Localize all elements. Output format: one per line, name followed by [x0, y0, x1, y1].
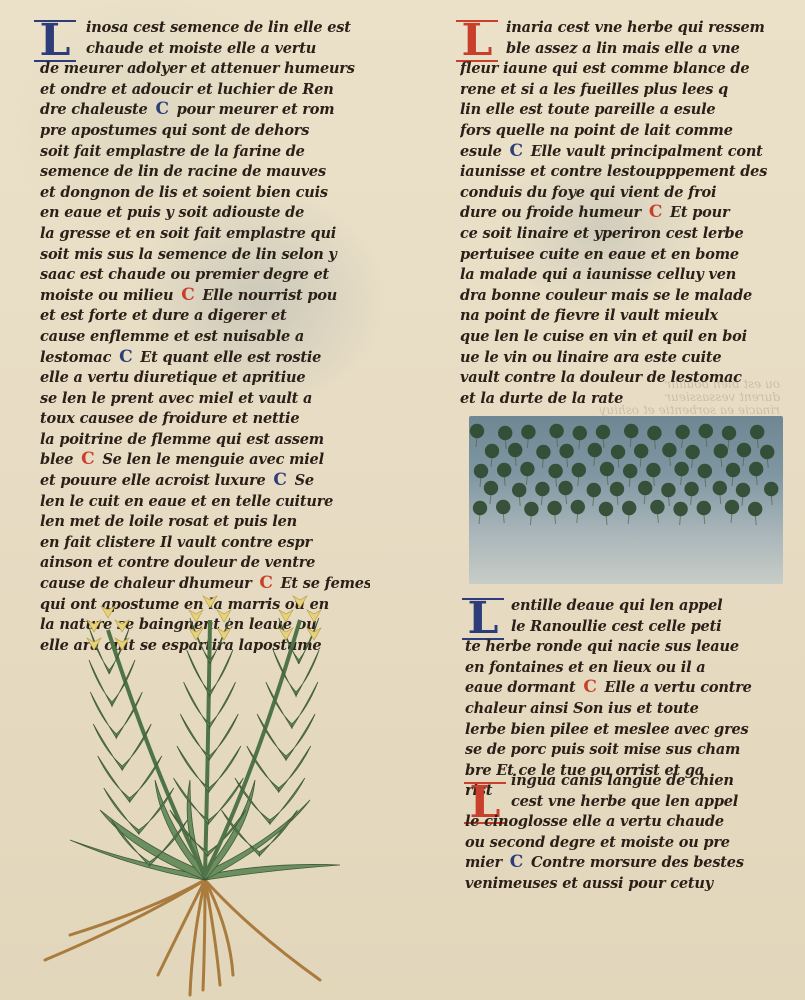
right-column-text-top: inaria cest vne herbe qui ressemble asse…: [460, 18, 790, 409]
text-line: et pouure elle acroist luxure C Se: [40, 471, 370, 492]
flower: [189, 628, 203, 640]
text-line: na point de fievre il vault mieulx: [460, 306, 790, 327]
duckweed-leaf: [714, 444, 728, 458]
text-line: le cinoglosse elle a vertu chaude: [465, 812, 795, 833]
text-line: ble assez a lin mais elle a vne: [460, 39, 790, 60]
text-line: ainson et contre douleur de ventre: [40, 553, 370, 574]
text-line: blee C Se len le menguie avec miel: [40, 450, 370, 471]
text-line: inaria cest vne herbe qui ressem: [460, 18, 790, 39]
text-line: conduis du foye qui vient de froi: [460, 183, 790, 204]
duckweed-leaf: [549, 424, 563, 438]
text-line: elle a vertu diuretique et apritiue: [40, 368, 370, 389]
text-line: de meurer adolyer et attenuer humeurs: [40, 59, 370, 80]
text-line: ue le vin ou linaire ara este cuite: [460, 348, 790, 369]
text-line: en fontaines et en lieux ou il a: [465, 658, 795, 679]
text-line: se de porc puis soit mise sus cham: [465, 740, 795, 761]
duckweed-leaf: [760, 445, 774, 459]
duckweed-leaf: [647, 426, 661, 440]
duckweed-illustration: [469, 416, 783, 584]
text-line: cause enflemme et est nuisable a: [40, 327, 370, 348]
duckweed-leaf: [571, 500, 585, 514]
paragraph-mark-icon: C: [582, 679, 597, 695]
duckweed-leaf: [697, 501, 711, 515]
duckweed-leaf: [646, 463, 660, 477]
duckweed-leaf: [675, 425, 689, 439]
duckweed-leaf: [524, 502, 538, 516]
text-line: en eaue et puis y soit adiouste de: [40, 203, 370, 224]
text-line: semence de lin de racine de mauves: [40, 162, 370, 183]
duckweed-leaf: [547, 501, 561, 515]
show-through-text: ou est bien bouillirdurent vessassieurri…: [480, 378, 780, 417]
duckweed-leaf: [748, 502, 762, 516]
text-line: lestomac C Et quant elle est rostie: [40, 348, 370, 369]
text-line: la malade qui a iaunisse celluy ven: [460, 265, 790, 286]
duckweed-leaf: [470, 424, 484, 438]
text-line: le Ranoullie cest celle peti: [465, 617, 795, 638]
duckweed-leaf: [674, 462, 688, 476]
text-line: entille deaue qui len appel: [465, 596, 795, 617]
text-line: rene et si a les fueilles plus lees q: [460, 80, 790, 101]
duckweed-leaf: [498, 426, 512, 440]
paragraph-mark-icon: C: [80, 451, 95, 467]
duckweed-leaf: [473, 501, 487, 515]
duckweed-leaf: [749, 462, 763, 476]
text-line: dre chaleuste C pour meurer et rom: [40, 100, 370, 121]
text-line: fors quelle na point de lait comme: [460, 121, 790, 142]
duckweed-leaf: [622, 501, 636, 515]
text-line: pre apostumes qui sont de dehors: [40, 121, 370, 142]
text-line: dure ou froide humeur C Et pour: [460, 203, 790, 224]
text-line: dra bonne couleur mais se le malade: [460, 286, 790, 307]
duckweed-leaf: [497, 463, 511, 477]
duckweed-leaf: [536, 445, 550, 459]
text-line: ingua canis langue de chien: [465, 771, 795, 792]
duckweed-leaf: [572, 463, 586, 477]
text-line: moiste ou milieu C Elle nourrist pou: [40, 286, 370, 307]
text-line: venimeuses et aussi pour cetuy: [465, 874, 795, 895]
flower: [217, 628, 231, 640]
duckweed-dots: [469, 416, 783, 584]
paragraph-mark-icon: C: [509, 854, 524, 870]
text-line: te herbe ronde qui nacie sus leaue: [465, 637, 795, 658]
text-line: la gresse et en soit fait emplastre qui: [40, 224, 370, 245]
flower: [307, 610, 321, 622]
flower: [293, 596, 307, 608]
left-column-text: inosa cest semence de lin elle estchaude…: [40, 18, 370, 656]
duckweed-leaf: [685, 445, 699, 459]
text-line: mier C Contre morsure des bestes: [465, 853, 795, 874]
text-line: se len le prent avec miel et vault a: [40, 389, 370, 410]
text-line: len met de loile rosat et puis len: [40, 512, 370, 533]
text-line: que len le cuise en vin et quil en boi: [460, 327, 790, 348]
flower: [115, 638, 129, 650]
text-line: la poitrine de flemme qui est assem: [40, 430, 370, 451]
duckweed-leaf: [624, 424, 638, 438]
text-line: saac est chaude ou premier degre et: [40, 265, 370, 286]
text-line: pertuisee cuite en eaue et en bome: [460, 245, 790, 266]
duckweed-leaf: [698, 464, 712, 478]
duckweed-leaf: [485, 444, 499, 458]
duckweed-leaf: [623, 464, 637, 478]
duckweed-leaf: [699, 424, 713, 438]
flower: [115, 620, 129, 632]
flower: [87, 620, 101, 632]
text-line: fleur iaune qui est comme blance de: [460, 59, 790, 80]
duckweed-leaf: [508, 443, 522, 457]
duckweed-leaf: [736, 483, 750, 497]
text-line: chaude et moiste elle a vertu: [40, 39, 370, 60]
manuscript-page: L inosa cest semence de lin elle estchau…: [0, 0, 805, 1000]
duckweed-leaf: [520, 462, 534, 476]
paragraph-mark-icon: C: [272, 472, 287, 488]
text-line: soit fait emplastre de la farine de: [40, 142, 370, 163]
duckweed-leaf: [634, 444, 648, 458]
duckweed-leaf: [662, 443, 676, 457]
duckweed-leaf: [521, 425, 535, 439]
flower: [101, 606, 115, 618]
duckweed-leaf: [638, 481, 652, 495]
paragraph-mark-icon: C: [118, 349, 133, 365]
paragraph-mark-icon: C: [154, 101, 169, 117]
duckweed-leaf: [484, 481, 498, 495]
duckweed-leaf: [474, 464, 488, 478]
duckweed-leaf: [600, 462, 614, 476]
duckweed-leaf: [750, 425, 764, 439]
duckweed-leaf: [496, 500, 510, 514]
duckweed-leaf: [610, 482, 624, 496]
duckweed-leaf: [573, 426, 587, 440]
text-line: eaue dormant C Elle a vertu contre: [465, 678, 795, 699]
text-line: len le cuit en eaue et en telle cuiture: [40, 492, 370, 513]
duckweed-leaf: [535, 482, 549, 496]
text-line: toux causee de froidure et nettie: [40, 409, 370, 430]
paragraph-mark-icon: C: [648, 204, 663, 220]
text-line: ce soit linaire et yperiron cest lerbe: [460, 224, 790, 245]
duckweed-leaf: [725, 500, 739, 514]
duckweed-leaf: [587, 483, 601, 497]
duckweed-leaf: [558, 481, 572, 495]
text-line: lerbe bien pilee et meslee avec gres: [465, 720, 795, 741]
duckweed-leaf: [596, 425, 610, 439]
text-line: esule C Elle vault principalment cont: [460, 142, 790, 163]
duckweed-leaf: [722, 426, 736, 440]
flower: [203, 596, 217, 608]
duckweed-leaf: [726, 463, 740, 477]
duckweed-leaf: [599, 502, 613, 516]
text-line: chaleur ainsi Son ius et toute: [465, 699, 795, 720]
duckweed-leaf: [512, 483, 526, 497]
right-column-text-bottom: ingua canis langue de chiencest vne herb…: [465, 771, 795, 895]
duckweed-leaf: [684, 482, 698, 496]
text-line: ou second degre et moiste ou pre: [465, 833, 795, 854]
duckweed-leaf: [764, 482, 778, 496]
text-line: et est forte et dure a digerer et: [40, 306, 370, 327]
roots: [45, 880, 320, 995]
paragraph-mark-icon: C: [509, 143, 524, 159]
text-line: et dongnon de lis et soient bien cuis: [40, 183, 370, 204]
duckweed-leaf: [713, 481, 727, 495]
duckweed-leaf: [650, 500, 664, 514]
flax-plant-illustration: [40, 580, 360, 1000]
duckweed-leaf: [661, 483, 675, 497]
duckweed-leaf: [737, 443, 751, 457]
duckweed-leaf: [548, 464, 562, 478]
text-line: et ondre et adoucir et luchier de Ren: [40, 80, 370, 101]
text-line: soit mis sus la semence de lin selon y: [40, 245, 370, 266]
duckweed-leaf: [611, 445, 625, 459]
duckweed-leaf: [588, 443, 602, 457]
text-line: iaunisse et contre lestoupppement des: [460, 162, 790, 183]
text-line: en fait clistere Il vault contre espr: [40, 533, 370, 554]
duckweed-leaf: [673, 502, 687, 516]
text-line: lin elle est toute pareille a esule: [460, 100, 790, 121]
flower: [279, 610, 293, 622]
duckweed-leaf: [559, 444, 573, 458]
flower: [279, 628, 293, 640]
text-line: cest vne herbe que len appel: [465, 792, 795, 813]
paragraph-mark-icon: C: [180, 287, 195, 303]
text-line: inosa cest semence de lin elle est: [40, 18, 370, 39]
